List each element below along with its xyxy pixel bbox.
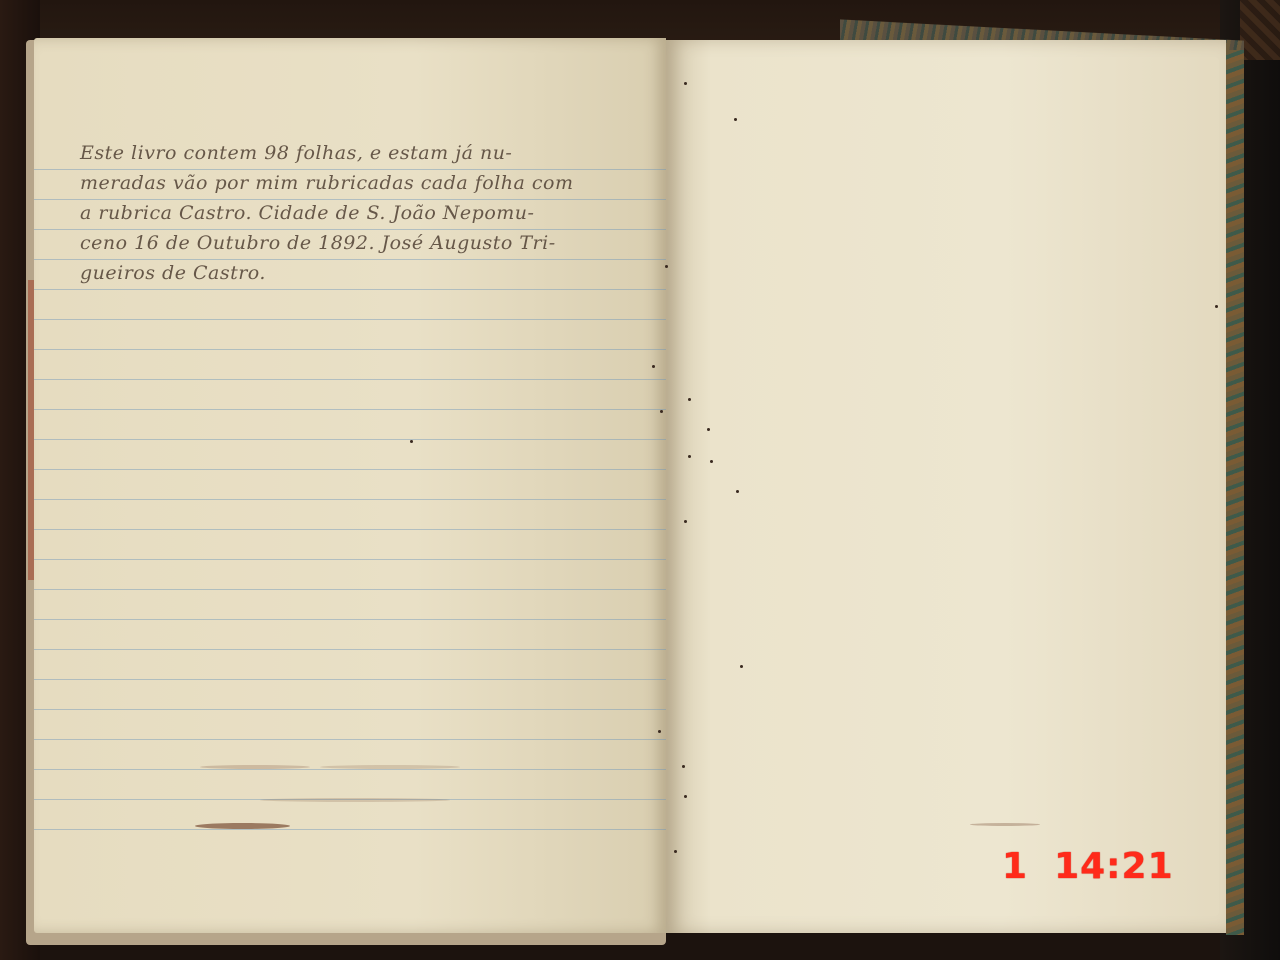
wormhole (684, 82, 687, 85)
wormhole (1215, 305, 1218, 308)
camera-timestamp: 114:21 (1002, 846, 1174, 887)
wormhole (734, 118, 737, 121)
wormhole (688, 455, 691, 458)
wormhole (410, 440, 413, 443)
wormhole (682, 765, 685, 768)
wormhole (707, 428, 710, 431)
faint-writing (260, 798, 450, 802)
handwriting-line: a rubrica Castro. Cidade de S. João Nepo… (80, 198, 640, 228)
wormhole (684, 520, 687, 523)
wormhole (710, 460, 713, 463)
wormhole (740, 665, 743, 668)
wormhole (684, 795, 687, 798)
paper-mark (970, 823, 1040, 826)
handwriting-line: Este livro contem 98 folhas, e estam já … (80, 138, 640, 168)
wormhole (652, 365, 655, 368)
marbled-cover-edge (1226, 50, 1244, 935)
faint-writing (200, 765, 310, 769)
right-page (666, 40, 1226, 933)
wormhole (665, 265, 668, 268)
timestamp-time: 14:21 (1054, 846, 1174, 887)
handwriting-line: meradas vão por mim rubricadas cada folh… (80, 168, 640, 198)
handwriting-line: gueiros de Castro. (80, 258, 640, 288)
wormhole (658, 730, 661, 733)
handwritten-inscription: Este livro contem 98 folhas, e estam já … (80, 138, 640, 288)
wormhole (674, 850, 677, 853)
wormhole (736, 490, 739, 493)
wormhole (688, 398, 691, 401)
wormhole (660, 410, 663, 413)
ink-smudge (195, 823, 290, 829)
faint-writing (320, 765, 460, 769)
handwriting-line: ceno 16 de Outubro de 1892. José Augusto… (80, 228, 640, 258)
timestamp-day: 1 (1002, 846, 1028, 887)
